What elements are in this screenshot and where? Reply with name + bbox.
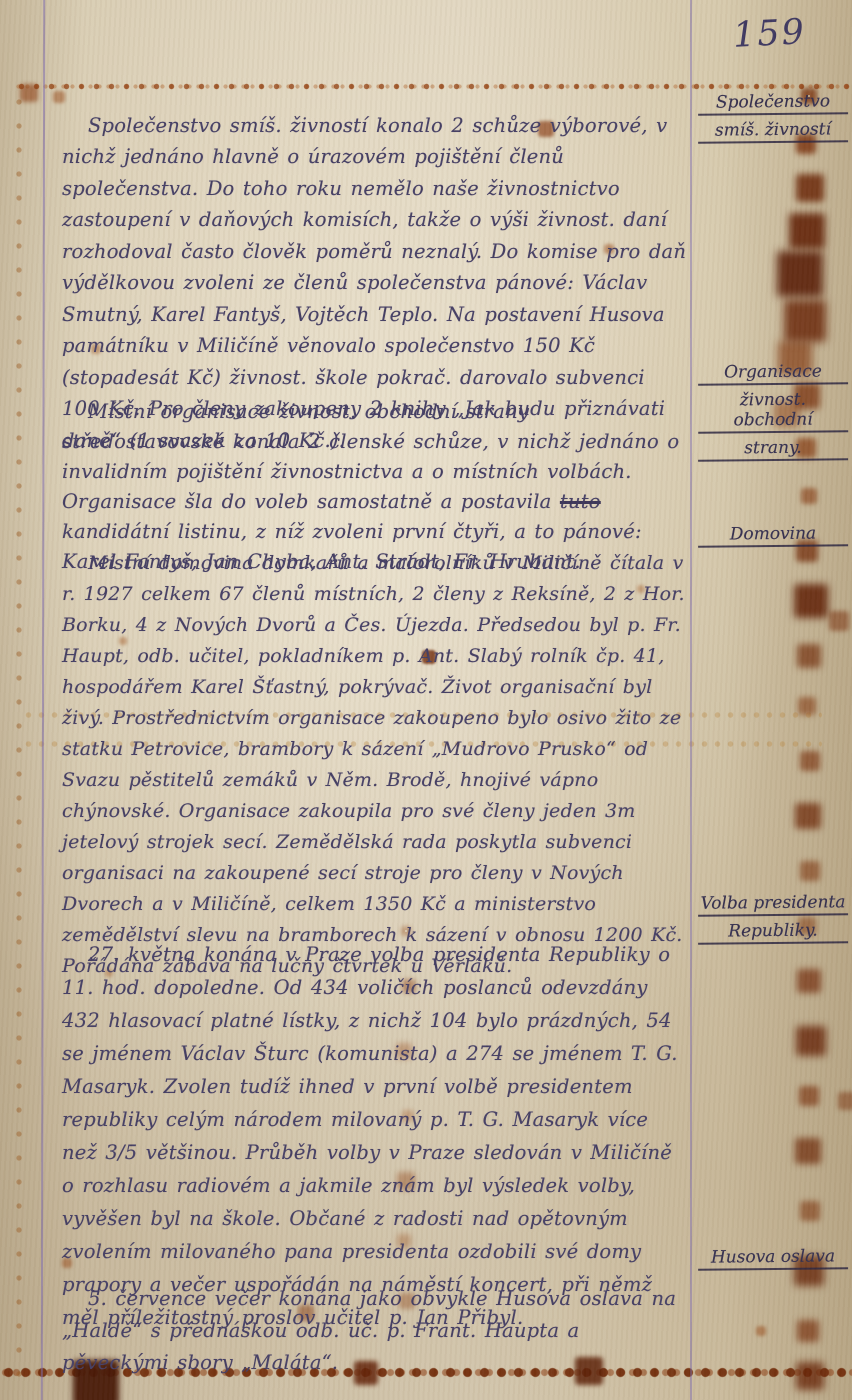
chronicle-page: 159 Společenstvo smíš. živností konalo 2… (0, 0, 852, 1400)
margin-note-spolecenstvo: Společenstvo smíš. živností (698, 92, 848, 148)
page-number: 159 (732, 12, 807, 56)
paragraph-husova-oslava: 5. července večer konána jako obvykle Hu… (62, 1283, 688, 1379)
stain-dotted-left-border (15, 90, 23, 1390)
margin-note-husova-oslava: Husova oslava (698, 1247, 848, 1275)
margin-rule-left (41, 0, 45, 1400)
paragraph-domovina: Místní domovina domkařů a malorolníků v … (62, 548, 688, 982)
margin-note-line: Společenstvo (698, 91, 848, 116)
margin-note-line: Husova oslava (698, 1246, 848, 1271)
margin-note-volba-presidenta: Volba presidenta Republiky. (698, 893, 848, 949)
stain-foxing-spots (0, 0, 2, 2)
margin-note-line: Domovina (698, 523, 848, 548)
margin-note-line: strany. (698, 437, 848, 462)
margin-rule-right (690, 0, 692, 1400)
margin-note-line: živnost. obchodní (698, 389, 848, 434)
struck-word: tuto (560, 490, 601, 513)
margin-note-line: smíš. živností (698, 119, 848, 144)
margin-note-line: Organisace (698, 361, 848, 386)
margin-note-organisace: Organisace živnost. obchodní strany. (698, 362, 848, 466)
stain-dotted-top-border (14, 82, 852, 91)
paragraph-volba-presidenta: 27. května konána v Praze volba presiden… (62, 938, 688, 1334)
margin-note-line: Volba presidenta (698, 892, 848, 917)
margin-note-line: Republiky. (698, 920, 848, 945)
margin-note-domovina: Domovina (698, 524, 848, 552)
